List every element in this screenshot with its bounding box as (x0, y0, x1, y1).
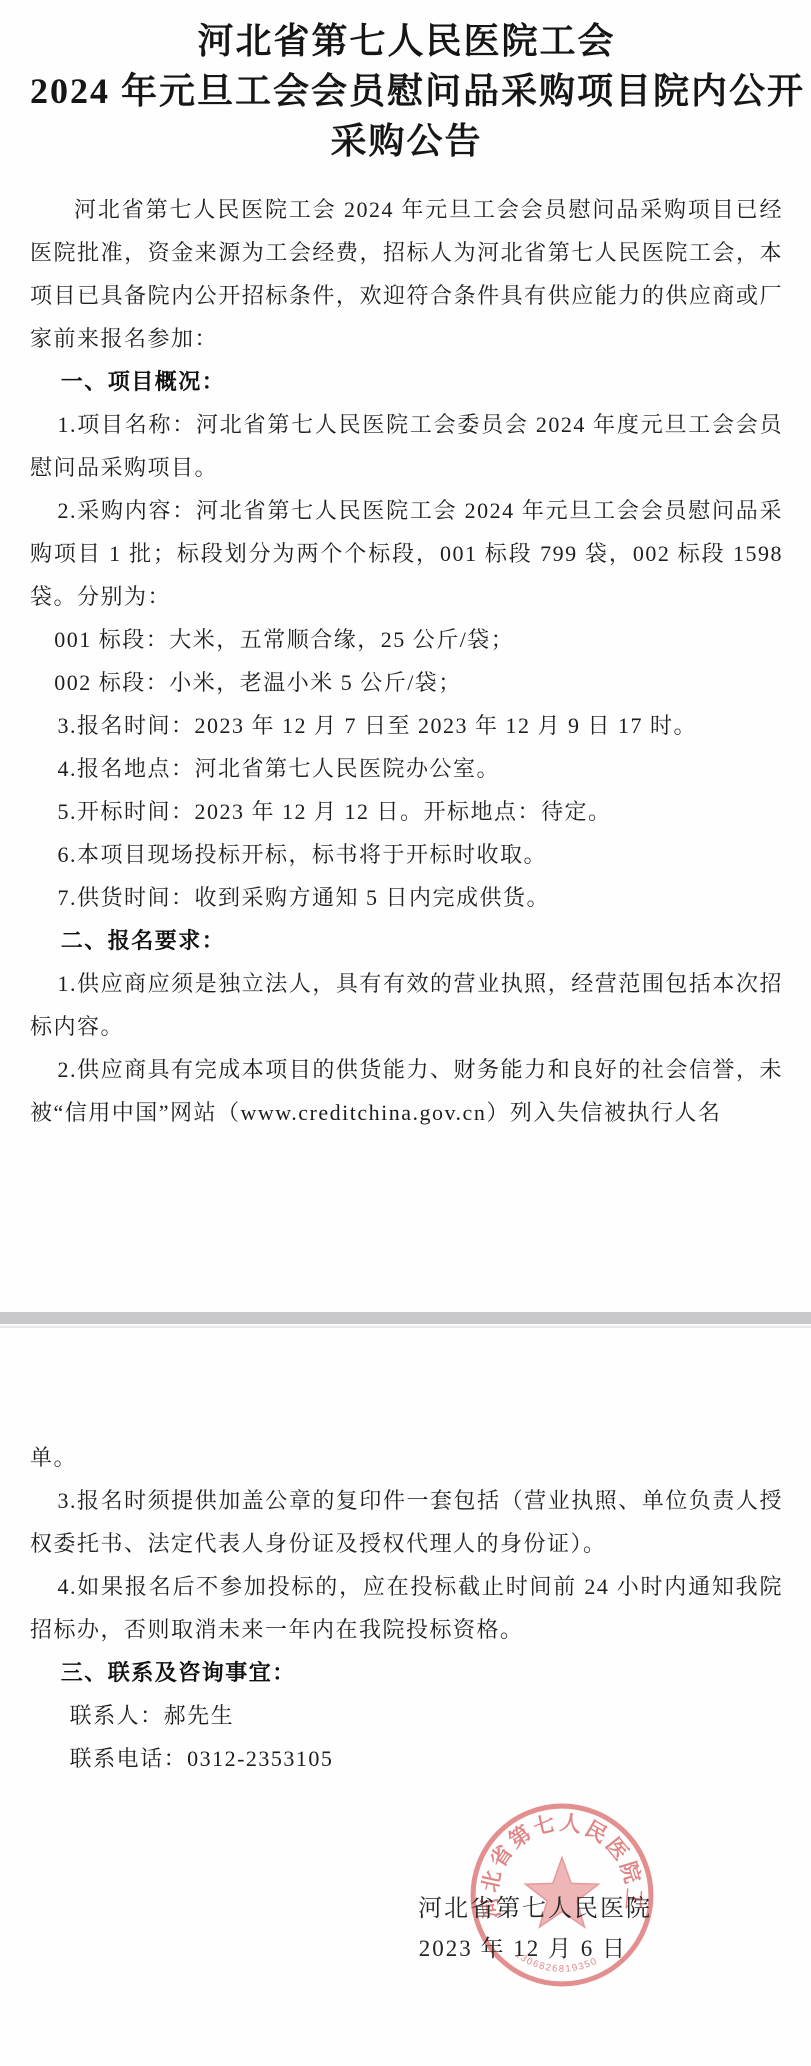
title-line-3: 采购公告 (30, 116, 783, 166)
paragraph-requirement-1: 1.供应商应须是独立法人，具有有效的营业执照，经营范围包括本次招标内容。 (30, 962, 783, 1048)
section-heading-contact: 三、联系及咨询事宜： (30, 1651, 783, 1694)
paragraph-supply-time: 7.供货时间：收到采购方通知 5 日内完成供货。 (30, 876, 783, 919)
page-break-divider (0, 1312, 811, 1328)
paragraph-lot-001: 001 标段：大米，五常顺合缘，25 公斤/袋； (30, 618, 783, 661)
paragraph-lot-002: 002 标段：小米，老温小米 5 公斤/袋； (30, 661, 783, 704)
paragraph-signup-place: 4.报名地点：河北省第七人民医院办公室。 (30, 747, 783, 790)
section-heading-requirements: 二、报名要求： (30, 919, 783, 962)
document-page-2: 单。 3.报名时须提供加盖公章的复印件一套包括（营业执照、单位负责人授权委托书、… (0, 1328, 811, 2066)
title-line-1: 河北省第七人民医院工会 (30, 16, 783, 66)
paragraph-onsite-bid: 6.本项目现场投标开标，标书将于开标时收取。 (30, 833, 783, 876)
paragraph-intro: 河北省第七人民医院工会 2024 年元旦工会会员慰问品采购项目已经医院批准，资金… (30, 188, 783, 360)
document-page-1: 河北省第七人民医院工会 2024 年元旦工会会员慰问品采购项目院内公开 采购公告… (0, 0, 811, 1312)
paragraph-procure-content: 2.采购内容：河北省第七人民医院工会 2024 年元旦工会会员慰问品采购项目 1… (30, 489, 783, 618)
signature-organization: 河北省第七人民医院 (418, 1888, 652, 1923)
paragraph-requirement-3: 3.报名时须提供加盖公章的复印件一套包括（营业执照、单位负责人授权委托书、法定代… (30, 1479, 783, 1565)
title-line-2: 2024 年元旦工会会员慰问品采购项目院内公开 (30, 66, 783, 116)
paragraph-project-name: 1.项目名称：河北省第七人民医院工会委员会 2024 年度元旦工会会员慰问品采购… (30, 403, 783, 489)
paragraph-signup-time: 3.报名时间：2023 年 12 月 7 日至 2023 年 12 月 9 日 … (30, 704, 783, 747)
paragraph-contact-person: 联系人：郝先生 (30, 1694, 783, 1737)
page-break-bar (0, 1312, 811, 1324)
paragraph-requirement-2: 2.供应商具有完成本项目的供货能力、财务能力和良好的社会信誉，未被“信用中国”网… (30, 1048, 783, 1134)
section-heading-overview: 一、项目概况： (30, 360, 783, 403)
document-title: 河北省第七人民医院工会 2024 年元旦工会会员慰问品采购项目院内公开 采购公告 (30, 16, 783, 166)
paragraph-requirement-2-continued: 单。 (30, 1436, 783, 1479)
paragraph-requirement-4: 4.如果报名后不参加投标的，应在投标截止时间前 24 小时内通知我院招标办，否则… (30, 1565, 783, 1651)
paragraph-contact-phone: 联系电话：0312-2353105 (30, 1737, 783, 1780)
signature-date: 2023 年 12 月 6 日 (419, 1930, 627, 1963)
paragraph-bid-open: 5.开标时间：2023 年 12 月 12 日。开标地点：待定。 (30, 790, 783, 833)
